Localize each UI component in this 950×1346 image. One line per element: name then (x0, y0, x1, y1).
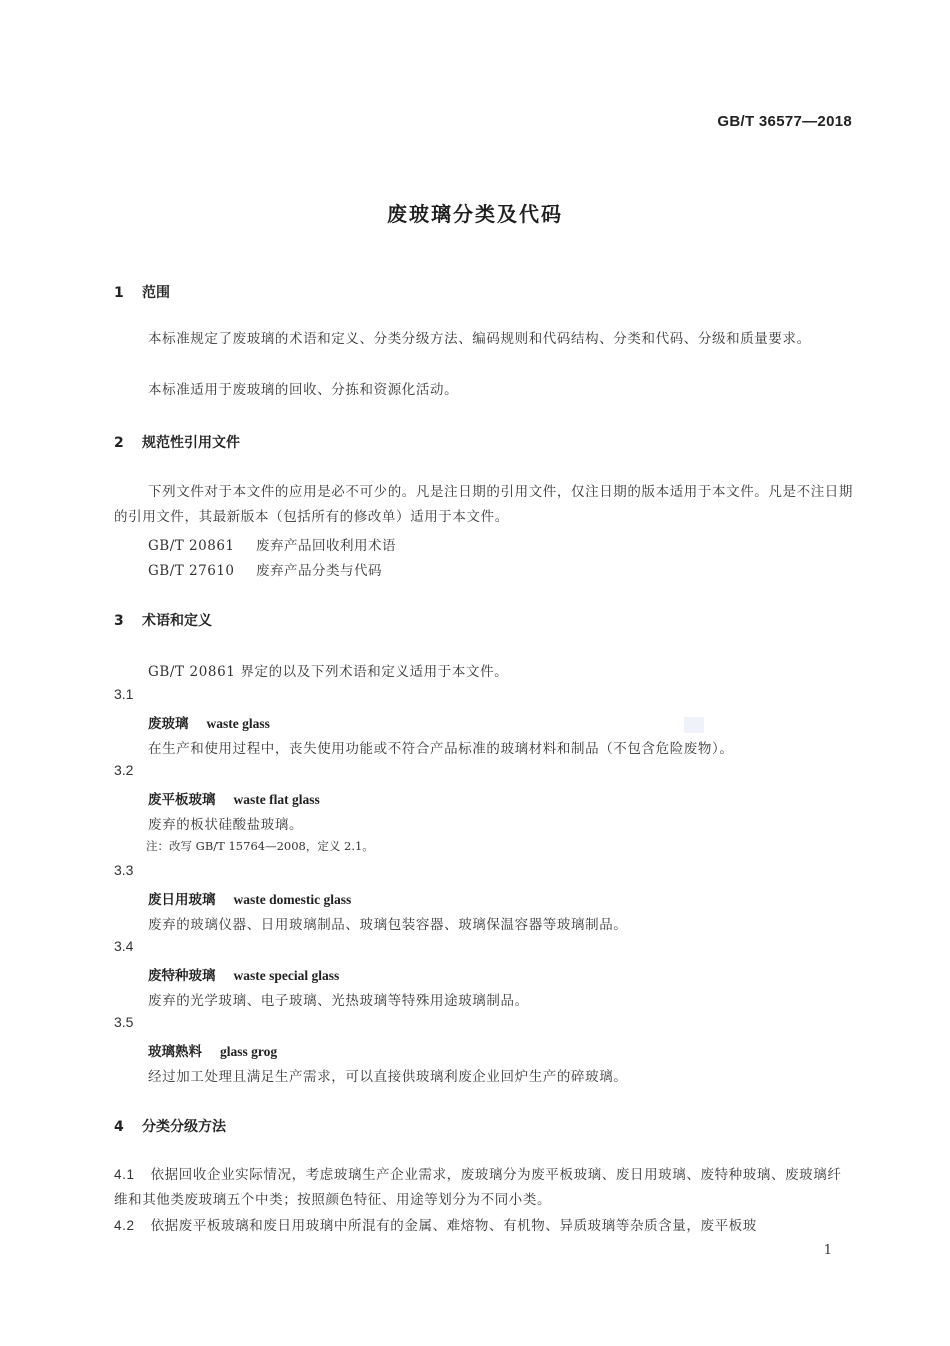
term-heading: 废日用玻璃waste domestic glass (148, 888, 351, 908)
term-number: 3.2 (114, 762, 133, 778)
section-3-paragraph: GB/T 20861 界定的以及下列术语和定义适用于本文件。 (148, 660, 508, 680)
document-title: 废玻璃分类及代码 (0, 198, 950, 227)
section-1-heading: 1范围 (114, 282, 170, 302)
term-definition: 经过加工处理且满足生产需求，可以直接供玻璃利废企业回炉生产的碎玻璃。 (148, 1065, 627, 1085)
subclause-number: 4.2 (114, 1218, 135, 1233)
term-definition: 在生产和使用过程中，丧失使用功能或不符合产品标准的玻璃材料和制品（不包含危险废物… (148, 737, 733, 757)
term-zh: 废日用玻璃 (148, 892, 216, 908)
term-zh: 废玻璃 (148, 716, 189, 732)
term-number: 3.1 (114, 686, 133, 702)
term-zh: 废平板玻璃 (148, 792, 216, 808)
section-2-heading: 2规范性引用文件 (114, 432, 240, 452)
section-number: 4 (114, 1119, 142, 1135)
reference-code: GB/T 27610 (148, 563, 256, 579)
section-2-paragraph: 下列文件对于本文件的应用是必不可少的。凡是注日期的引用文件，仅注日期的版本适用于… (114, 480, 854, 530)
term-en: waste flat glass (234, 792, 320, 807)
term-zh: 玻璃熟料 (148, 1044, 202, 1060)
term-number: 3.4 (114, 938, 133, 954)
term-definition: 废弃的玻璃仪器、日用玻璃制品、玻璃包装容器、玻璃保温容器等玻璃制品。 (148, 913, 627, 933)
section-4-heading: 4分类分级方法 (114, 1116, 226, 1136)
section-number: 1 (114, 285, 142, 301)
subclause-4-1: 4.1依据回收企业实际情况，考虑玻璃生产企业需求，废玻璃分为废平板玻璃、废日用玻… (114, 1162, 854, 1213)
term-en: glass grog (220, 1044, 277, 1059)
term-en: waste glass (207, 716, 270, 731)
term-zh: 废特种玻璃 (148, 968, 216, 984)
subclause-4-2: 4.2依据废平板玻璃和废日用玻璃中所混有的金属、难熔物、有机物、异质玻璃等杂质含… (114, 1213, 854, 1239)
reference-title: 废弃产品回收利用术语 (256, 538, 396, 554)
section-title: 规范性引用文件 (142, 435, 240, 451)
term-heading: 废玻璃waste glass (148, 712, 270, 732)
reference-title: 废弃产品分类与代码 (256, 563, 382, 579)
section-title: 范围 (142, 285, 170, 301)
page-number: 1 (824, 1243, 832, 1258)
term-en: waste domestic glass (234, 892, 352, 907)
section-number: 3 (114, 613, 142, 629)
reference-code: GB/T 20861 (148, 538, 256, 554)
term-definition: 废弃的光学玻璃、电子玻璃、光热玻璃等特殊用途玻璃制品。 (148, 989, 529, 1009)
subclause-text: 依据废平板玻璃和废日用玻璃中所混有的金属、难熔物、有机物、异质玻璃等杂质含量，废… (151, 1218, 757, 1234)
section-1-paragraph-2: 本标准适用于废玻璃的回收、分拣和资源化活动。 (114, 378, 854, 403)
term-definition: 废弃的板状硅酸盐玻璃。 (148, 813, 303, 833)
section-1-paragraph-1: 本标准规定了废玻璃的术语和定义、分类分级方法、编码规则和代码结构、分类和代码、分… (114, 327, 854, 352)
section-number: 2 (114, 435, 142, 451)
section-title: 术语和定义 (142, 613, 212, 629)
term-heading: 玻璃熟料glass grog (148, 1040, 277, 1060)
subclause-number: 4.1 (114, 1167, 135, 1182)
term-heading: 废平板玻璃waste flat glass (148, 788, 320, 808)
term-note: 注：改写 GB/T 15764—2008，定义 2.1。 (146, 838, 374, 854)
reference-item: GB/T 27610废弃产品分类与代码 (148, 559, 382, 579)
term-number: 3.3 (114, 862, 133, 878)
term-en: waste special glass (234, 968, 340, 983)
subclause-text: 依据回收企业实际情况，考虑玻璃生产企业需求，废玻璃分为废平板玻璃、废日用玻璃、废… (114, 1167, 841, 1208)
standard-number: GB/T 36577—2018 (717, 113, 852, 130)
reference-item: GB/T 20861废弃产品回收利用术语 (148, 534, 396, 554)
term-heading: 废特种玻璃waste special glass (148, 964, 339, 984)
section-3-heading: 3术语和定义 (114, 610, 212, 630)
section-title: 分类分级方法 (142, 1119, 226, 1135)
watermark-mark (684, 717, 704, 733)
term-number: 3.5 (114, 1014, 133, 1030)
